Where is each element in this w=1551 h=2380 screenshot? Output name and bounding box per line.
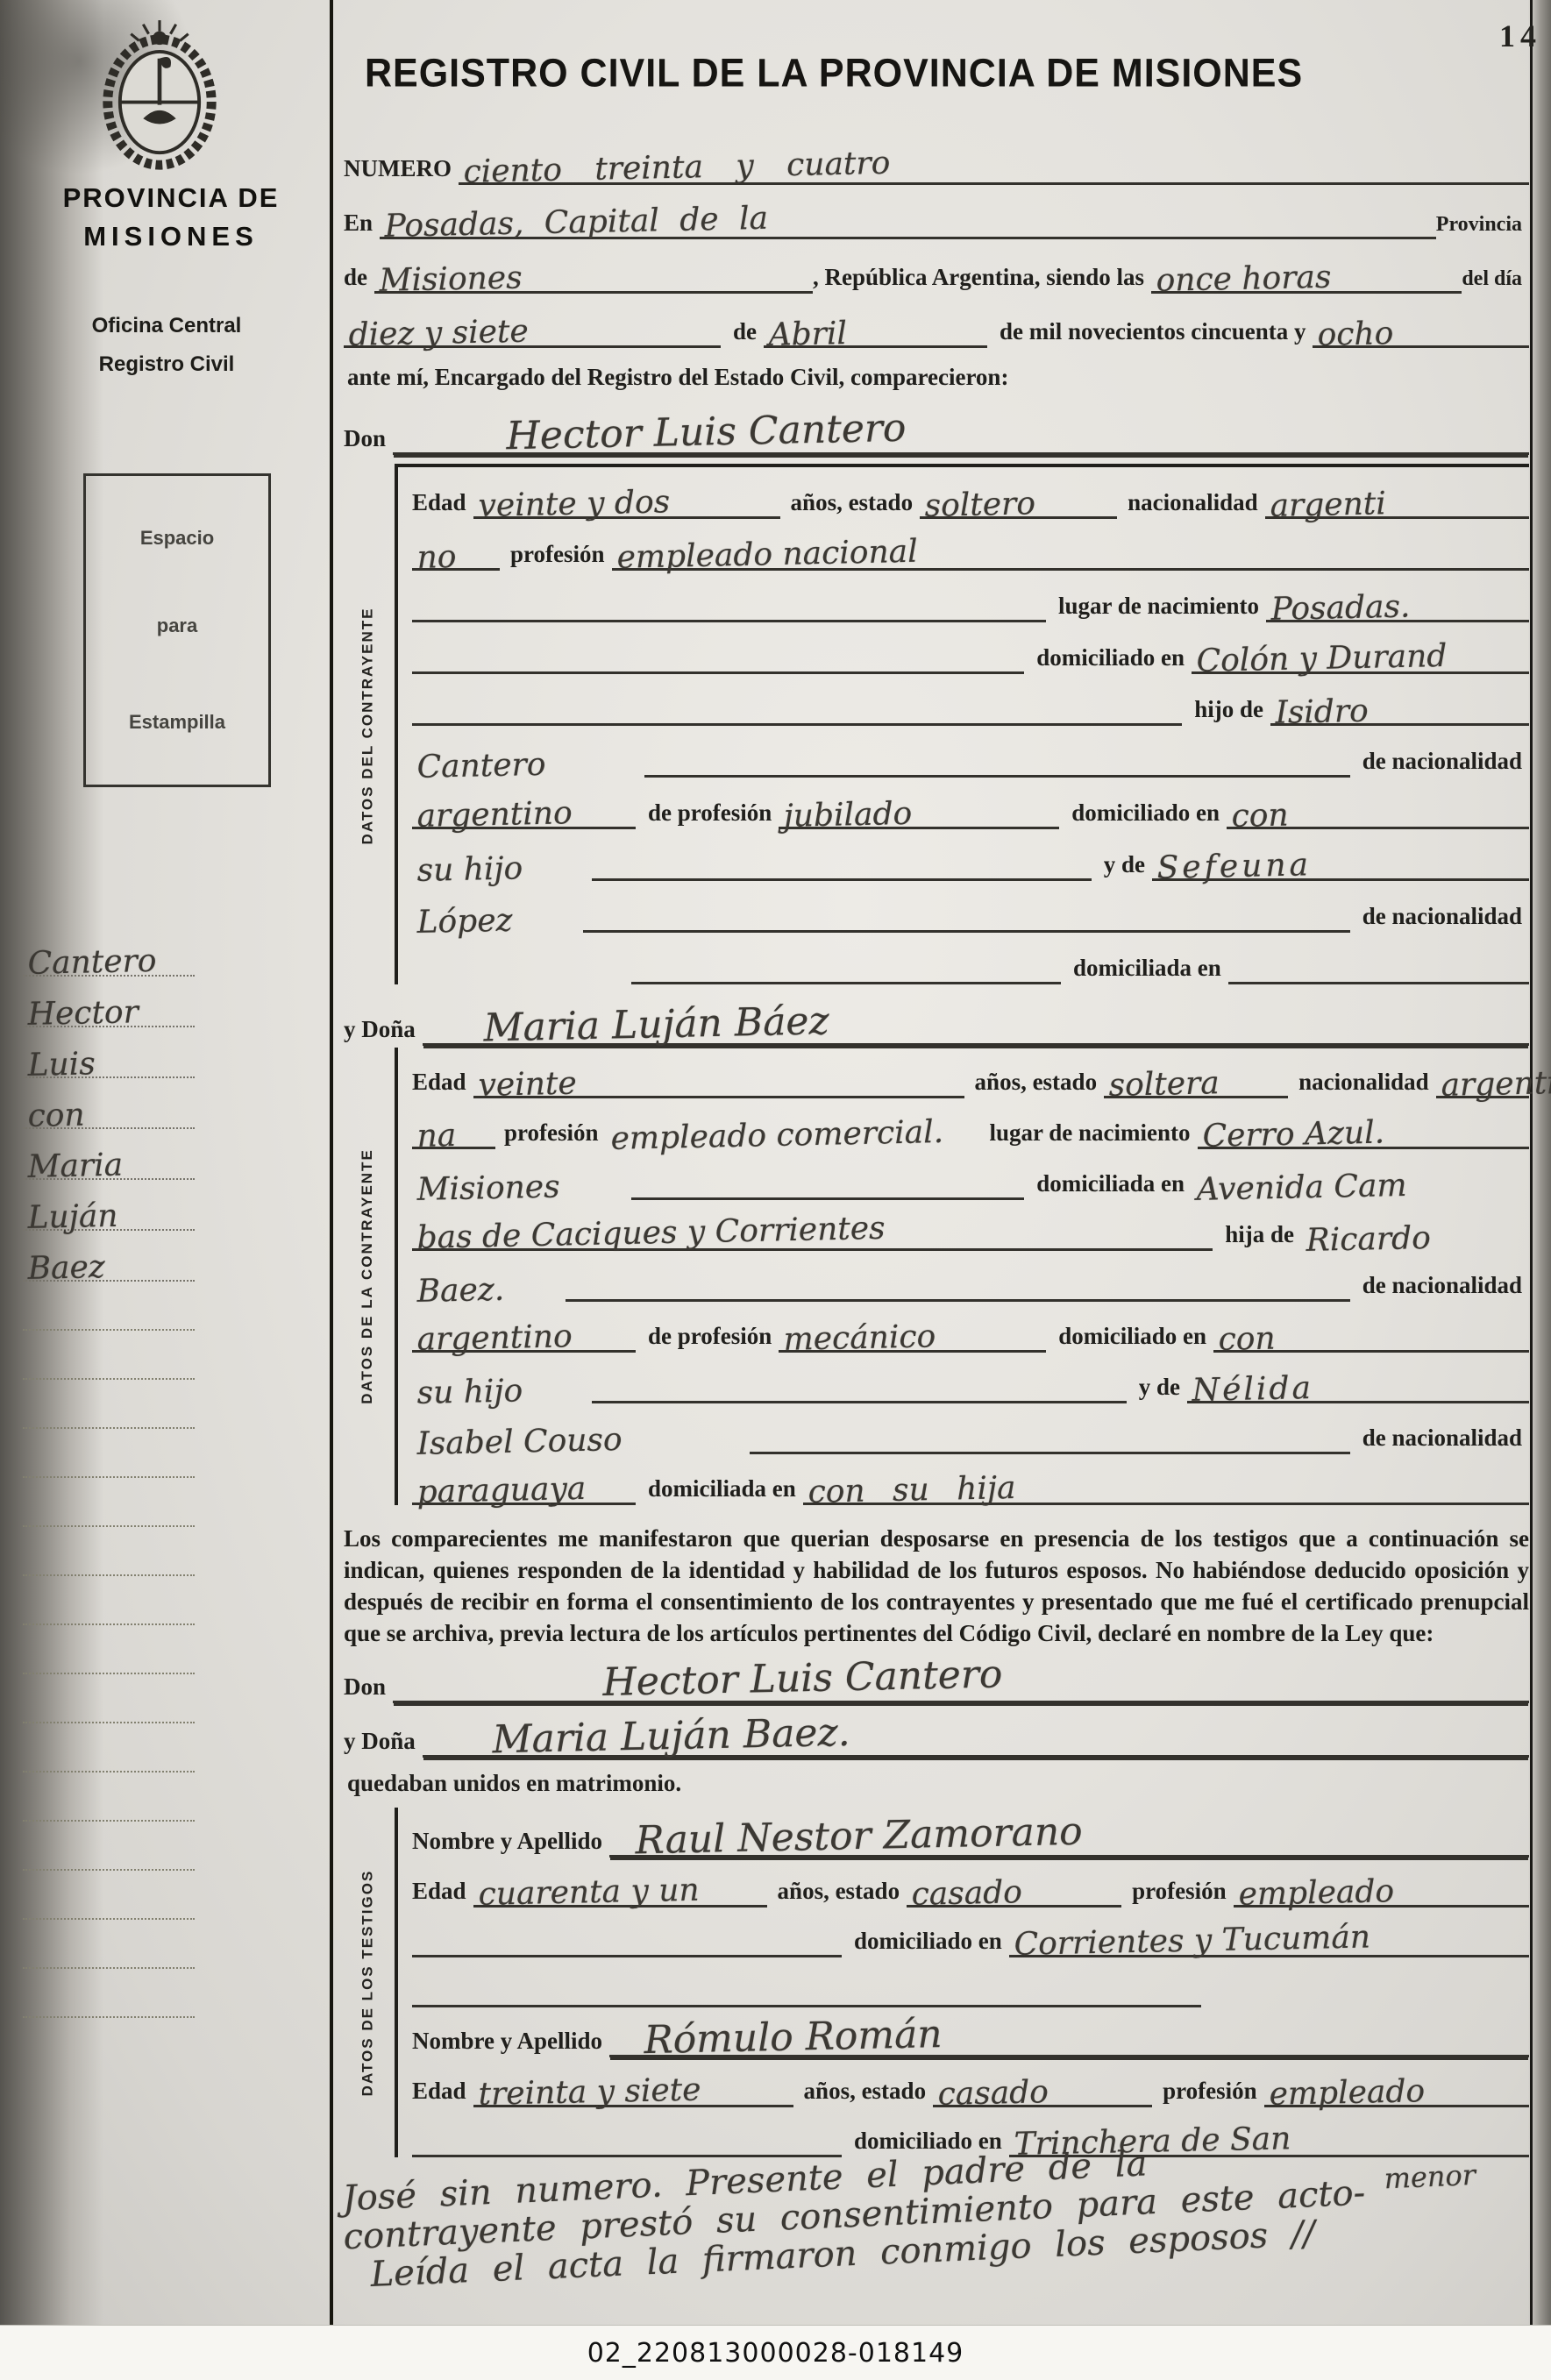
witnesses-data-box: DATOS DE LOS TESTIGOS Nombre y Apellido … <box>395 1808 1529 2157</box>
bride-padre-ap-field: Baez. <box>412 1251 566 1302</box>
witness1-edad-label: Edad <box>412 1878 473 1908</box>
bride-lugar2-field: Misiones <box>412 1149 631 1200</box>
numero-row: NUMERO ciento treinta y cuatro <box>344 129 1529 185</box>
witness1-prof-field: empleado <box>1234 1855 1529 1908</box>
margin-blank-line <box>23 1429 195 1478</box>
don-row: Don Hector Luis Cantero <box>344 399 1529 455</box>
y-de-label: y de <box>1092 851 1152 881</box>
horas-field: once horas <box>1151 237 1462 294</box>
margin-blank-line <box>23 1576 195 1625</box>
groom-prof-field: empleado nacional <box>612 516 1529 571</box>
bride-blank-5 <box>750 1401 1350 1454</box>
bride-madre-domicilio: con su hija <box>802 1473 1021 1509</box>
margin-blank-line <box>23 1723 195 1773</box>
bride-madre2-field: Isabel Couso <box>412 1403 750 1454</box>
groom-row-9: López de nacionalidad <box>412 881 1529 933</box>
anio-pre-label: de mil novecientos cincuenta y <box>987 318 1313 348</box>
bride-edad-field: veinte <box>473 1045 964 1098</box>
mes-field: Abril <box>764 291 987 348</box>
coat-of-arms-seal <box>91 18 228 172</box>
numero-label: NUMERO <box>344 155 459 185</box>
groom-dom-field: Colón y Durand <box>1192 620 1529 674</box>
bride-row-5: Baez. de nacionalidad <box>412 1251 1529 1302</box>
dia-field: diez y siete <box>344 291 721 348</box>
bride-nac-cont-field: na <box>412 1096 495 1149</box>
bride-de-profesion-label: de profesión <box>636 1323 779 1353</box>
bride-row-9: paraguaya domiciliada en con su hija <box>412 1454 1529 1505</box>
bride-blank-3 <box>566 1248 1350 1302</box>
margin-annotation: Cantero Hector Luis con Maria Luján Baez <box>23 926 195 2018</box>
closing-line1-tail: menor <box>1383 2156 1528 2194</box>
bride-profesion-label: profesión <box>495 1119 606 1149</box>
bride-madre-field: Nélida <box>1187 1350 1529 1403</box>
de-nacionalidad-label: de nacionalidad <box>1350 748 1529 778</box>
groom-nac-cont-field: no <box>412 516 500 571</box>
bride-lugar: Cerro Azul. <box>1197 1117 1390 1153</box>
margin-note-row: Luis <box>23 1027 195 1078</box>
margin-blank-line <box>23 1822 195 1871</box>
witness1-dom-field: Corrientes y Tucumán <box>1009 1905 1529 1957</box>
margin-blank-line <box>23 1527 195 1576</box>
don-field: Hector Luis Cantero <box>393 396 1529 455</box>
margin-note-text: Cantero <box>22 946 162 980</box>
bride-nacionalidad-label: nacionalidad <box>1288 1069 1436 1098</box>
bride-prof-field: empleado comercial. <box>606 1098 983 1149</box>
witness2-blank <box>412 2105 842 2157</box>
bride-box-vertical-label-wrap: DATOS DE LA CONTRAYENTE <box>352 1048 382 1505</box>
witness-blank-line <box>412 1955 1201 2007</box>
stamp-space-box: Espacio para Estampilla <box>83 473 271 787</box>
groom-padre-nacionalidad: argentino <box>411 798 578 833</box>
bride-row-7: su hijo y de Nélida <box>412 1353 1529 1403</box>
witness1-profesion-label: profesión <box>1121 1878 1234 1908</box>
margin-blank-line <box>23 1920 195 1969</box>
witness1-anos-estado-label: años, estado <box>767 1878 907 1908</box>
bride-nac-field: argenti <box>1436 1045 1529 1098</box>
bride-data-box: DATOS DE LA CONTRAYENTE Edad veinte años… <box>395 1048 1529 1505</box>
witness-blank-row <box>412 1957 1529 2007</box>
bride-row-3: Misiones domiciliada en Avenida Cam <box>412 1149 1529 1200</box>
office-line1: Oficina Central <box>35 309 298 344</box>
bride-y-de-label: y de <box>1127 1374 1187 1403</box>
groom-row-4: domiciliado en Colón y Durand <box>412 622 1529 674</box>
bride-padre-prof-field: mecánico <box>779 1299 1046 1353</box>
dona-field: Maria Luján Báez <box>423 985 1529 1046</box>
bride-dom2-field: bas de Caciques y Corrientes <box>412 1197 964 1251</box>
bride-anos-estado-label: años, estado <box>964 1069 1105 1098</box>
bride-row-2: na profesión empleado comercial. lugar d… <box>412 1098 1529 1149</box>
mes-value: Abril <box>763 318 852 352</box>
anio-value: ocho <box>1313 318 1399 352</box>
don-label: Don <box>344 425 393 455</box>
groom-padre-field: Isidro <box>1270 671 1529 726</box>
groom-row-8: su hijo y de Sefeuna <box>412 829 1529 881</box>
y-dona-label: y Doña <box>344 1016 423 1046</box>
groom-row-6: Cantero de nacionalidad <box>412 726 1529 778</box>
bride-domiciliada2-label: domiciliada en <box>636 1475 803 1505</box>
bride-row-4: bas de Caciques y Corrientes hija de Ric… <box>412 1200 1529 1251</box>
groom-madre-field: Sefeuna <box>1152 827 1529 881</box>
margin-blank-line <box>23 1625 195 1674</box>
republica-label: , República Argentina, siendo las <box>813 264 1151 294</box>
domiciliado2-label: domiciliado en <box>1059 799 1227 829</box>
margin-blank-line <box>23 1871 195 1920</box>
numero-field: ciento treinta y cuatro <box>459 126 1529 185</box>
don-value: Hector Luis Cantero <box>392 409 912 458</box>
bride-padre-dom-field: con <box>1213 1299 1529 1353</box>
bride-padre-nac-field: argentino <box>412 1299 636 1353</box>
declaration-don-value: Hector Luis Cantero <box>392 1655 1008 1707</box>
lugar-field: Posadas, Capital de la <box>380 182 1436 239</box>
declaration-don-label: Don <box>344 1673 393 1703</box>
witness1-dom-row: domiciliado en Corrientes y Tucumán <box>412 1908 1529 1957</box>
declaration-dona-label: y Doña <box>344 1728 423 1758</box>
en-label: En <box>344 210 380 239</box>
witness2-dom-row: domiciliado en Trinchera de San <box>412 2107 1529 2157</box>
groom-blank-3 <box>412 671 1182 726</box>
groom-nac-field: argenti <box>1265 465 1529 519</box>
dia-value: diez y siete <box>343 316 534 352</box>
witness2-prof-field: empleado <box>1264 2055 1529 2107</box>
horas-value: once horas <box>1150 262 1336 297</box>
margin-blank-line <box>23 1674 195 1723</box>
lugar-row: En Posadas, Capital de la Provincia <box>344 185 1529 239</box>
groom-padre-dom2-field: su hijo <box>412 829 592 881</box>
groom-row-1: Edad veinte y dos años, estado soltero n… <box>412 467 1529 519</box>
bride-domiciliada-label: domiciliada en <box>1024 1170 1192 1200</box>
margin-note-text: Luis <box>22 1048 101 1082</box>
margin-note-text: Baez <box>22 1252 110 1285</box>
page-number: 14 <box>1499 18 1541 54</box>
margin-blank-line <box>23 1478 195 1527</box>
witness1-blank <box>412 1905 842 1957</box>
province-title-line1: PROVINCIA DE <box>26 182 316 214</box>
anos-estado-label: años, estado <box>780 489 921 519</box>
dona-value: Maria Luján Báez <box>422 1002 835 1049</box>
witness1-name: Raul Nestor Zamorano <box>608 1813 1088 1861</box>
bride-dom-field: Avenida Cam <box>1192 1149 1529 1200</box>
groom-box-label: DATOS DEL CONTRAYENTE <box>359 607 376 845</box>
groom-blank-1 <box>412 568 1046 622</box>
groom-blank-7 <box>631 930 1061 984</box>
bride-edad-label: Edad <box>412 1069 473 1098</box>
margin-note-row: Luján <box>23 1180 195 1231</box>
margin-blank-line <box>23 1969 195 2018</box>
scanned-civil-registry-page: PROVINCIA DE MISIONES Oficina Central Re… <box>0 0 1551 2380</box>
ante-mi-line: ante mí, Encargado del Registro del Esta… <box>344 348 1529 399</box>
profesion-label: profesión <box>500 541 612 571</box>
witness2-detail-row: Edad treinta y siete años, estado casado… <box>412 2057 1529 2107</box>
de-nacionalidad2-label: de nacionalidad <box>1350 903 1529 933</box>
declaration-dona-field: Maria Luján Baez. <box>423 1701 1529 1758</box>
provincia-label: Provincia <box>1436 213 1529 239</box>
document-title: REGISTRO CIVIL DE LA PROVINCIA DE MISION… <box>365 52 1529 96</box>
edad-label: Edad <box>412 489 473 519</box>
margin-note-text: con <box>22 1099 90 1133</box>
bride-blank-4 <box>592 1350 1127 1403</box>
dona-row: y Doña Maria Luján Báez <box>344 988 1529 1046</box>
page-edge-line <box>1530 0 1533 2325</box>
margin-note-text: Maria <box>22 1149 128 1183</box>
witness2-edad-label: Edad <box>412 2078 473 2107</box>
groom-row-10: domiciliada en <box>412 933 1529 984</box>
declaration-paragraph: Los comparecientes me manifestaron que q… <box>344 1523 1529 1649</box>
witness1-domiciliado-label: domiciliado en <box>842 1928 1009 1957</box>
bride-lugar-field: Cerro Azul. <box>1198 1096 1529 1149</box>
witness2-name-label: Nombre y Apellido <box>412 2028 609 2057</box>
stamp-box-word2: para <box>86 615 268 637</box>
groom-blank-6 <box>583 878 1350 933</box>
bride-blank-1 <box>631 1147 1024 1200</box>
declaration-don-field: Hector Luis Cantero <box>393 1646 1529 1703</box>
united-line: quedaban unidos en matrimonio. <box>344 1758 1529 1797</box>
closing-annotation: José sin numero. Presente el padre de la… <box>343 2153 1531 2296</box>
witnesses-box-label: DATOS DE LOS TESTIGOS <box>359 1869 376 2096</box>
bride-de-nacionalidad2-label: de nacionalidad <box>1350 1424 1529 1454</box>
anio-field: ocho <box>1313 291 1529 348</box>
stamp-box-word1: Espacio <box>86 527 268 550</box>
margin-note-text: Luján <box>22 1201 124 1234</box>
declaration-dona-value: Maria Luján Baez. <box>422 1714 856 1761</box>
groom-lugar-field: Posadas. <box>1266 568 1529 622</box>
groom-padre-prof-field: jubilado <box>779 775 1059 829</box>
witness1-detail-row: Edad cuarenta y un años, estado casado p… <box>412 1858 1529 1908</box>
margin-note-row: Maria <box>23 1129 195 1180</box>
groom-row-5: hijo de Isidro <box>412 674 1529 726</box>
margin-blank-line <box>23 1380 195 1429</box>
groom-padre-dom-field: con <box>1227 775 1529 829</box>
witness2-name-row: Nombre y Apellido Rómulo Román <box>412 2007 1529 2057</box>
bride-madre-nac-field: paraguaya <box>412 1452 636 1505</box>
margin-note-row: Baez <box>23 1231 195 1282</box>
office-line2: Registro Civil <box>35 347 298 382</box>
groom-blank-8 <box>1228 930 1529 984</box>
provincia-row: de Misiones , República Argentina, siend… <box>344 239 1529 294</box>
lugar-nac-label: lugar de nacimiento <box>1046 593 1266 622</box>
groom-row-3: lugar de nacimiento Posadas. <box>412 571 1529 622</box>
groom-blank-5 <box>592 827 1092 881</box>
groom-blank-4 <box>644 723 1350 778</box>
digitization-id-strip: 02_220813000028-018149 <box>0 2325 1551 2380</box>
witness1-edad-field: cuarenta y un <box>473 1855 767 1908</box>
groom-edad-field: veinte y dos <box>473 465 780 519</box>
witness2-edad-field: treinta y siete <box>473 2055 793 2107</box>
bride-row-6: argentino de profesión mecánico domicili… <box>412 1302 1529 1353</box>
stamp-box-word3: Estampilla <box>86 711 268 734</box>
hija-de-label: hija de <box>1213 1221 1301 1251</box>
witness2-anos-estado-label: años, estado <box>793 2078 934 2107</box>
de-label: de <box>344 264 374 294</box>
province-title-line2: MISIONES <box>26 221 316 252</box>
domiciliada-label: domiciliada en <box>1061 955 1228 984</box>
witness1-name-field: Raul Nestor Zamorano <box>609 1805 1529 1858</box>
bride-madre-nacionalidad: paraguaya <box>411 1474 591 1509</box>
bride-blank-2 <box>964 1197 1213 1251</box>
margin-blank-line <box>23 1773 195 1822</box>
bride-row-1: Edad veinte años, estado soltera naciona… <box>412 1048 1529 1098</box>
bride-padre-dom2-field: su hijo <box>412 1353 592 1403</box>
margin-note-row: con <box>23 1078 195 1129</box>
digitization-id: 02_220813000028-018149 <box>587 2338 964 2369</box>
groom-blank-2 <box>412 620 1024 674</box>
bride-nac-cont: na <box>411 1120 461 1153</box>
registry-form: 14 REGISTRO CIVIL DE LA PROVINCIA DE MIS… <box>344 23 1529 2282</box>
margin-note-text: Hector <box>22 997 144 1031</box>
margin-blank-line <box>23 1331 195 1380</box>
groom-madre-ap-field: López <box>412 881 583 933</box>
groom-padre-ap-field: Cantero <box>412 726 644 778</box>
witness2-profesion-label: profesión <box>1152 2078 1264 2107</box>
provincia-field: Misiones <box>374 237 813 294</box>
witness2-estado-field: casado <box>933 2055 1152 2107</box>
de-profesion-label: de profesión <box>636 799 779 829</box>
witness2-name-field: Rómulo Román <box>609 2005 1529 2057</box>
witness1-name-label: Nombre y Apellido <box>412 1828 609 1858</box>
de2-label: de <box>721 318 764 348</box>
groom-padre-nac-field: argentino <box>412 775 636 829</box>
groom-row-2: no profesión empleado nacional <box>412 519 1529 571</box>
sidebar-divider-line <box>330 0 333 2325</box>
del-dia-label: del día <box>1462 267 1529 294</box>
margin-note-row: Hector <box>23 977 195 1027</box>
margin-note-row: Cantero <box>23 926 195 977</box>
bride-de-nacionalidad-label: de nacionalidad <box>1350 1272 1529 1302</box>
nacionalidad-label: nacionalidad <box>1117 489 1265 519</box>
hijo-de-label: hijo de <box>1182 696 1270 726</box>
bride-estado-field: soltera <box>1104 1045 1288 1098</box>
fecha-row: diez y siete de Abril de mil novecientos… <box>344 294 1529 348</box>
groom-data-box: DATOS DEL CONTRAYENTE Edad veinte y dos … <box>395 464 1529 984</box>
groom-estado-field: soltero <box>920 465 1117 519</box>
bride-lugar-nac-label: lugar de nacimiento <box>983 1119 1198 1149</box>
witnesses-box-vertical-label-wrap: DATOS DE LOS TESTIGOS <box>352 1808 382 2157</box>
bride-row-8: Isabel Couso de nacionalidad <box>412 1403 1529 1454</box>
groom-box-vertical-label-wrap: DATOS DEL CONTRAYENTE <box>352 467 382 984</box>
domiciliado-label: domiciliado en <box>1024 644 1192 674</box>
witness1-name-row: Nombre y Apellido Raul Nestor Zamorano <box>412 1808 1529 1858</box>
declaration-dona-row: y Doña Maria Luján Baez. <box>344 1703 1529 1758</box>
groom-row-7: argentino de profesión jubilado domicili… <box>412 778 1529 829</box>
bride-padre-field: Ricardo <box>1301 1200 1529 1251</box>
bride-madre-dom-field: con su hija <box>803 1452 1529 1505</box>
bride-domiciliado-label: domiciliado en <box>1046 1323 1213 1353</box>
bride-padre-nacionalidad: argentino <box>411 1321 578 1356</box>
bride-box-label: DATOS DE LA CONTRAYENTE <box>359 1148 376 1404</box>
witness1-estado-field: casado <box>907 1855 1121 1908</box>
declaration-don-row: Don Hector Luis Cantero <box>344 1649 1529 1703</box>
margin-blank-line <box>23 1282 195 1331</box>
